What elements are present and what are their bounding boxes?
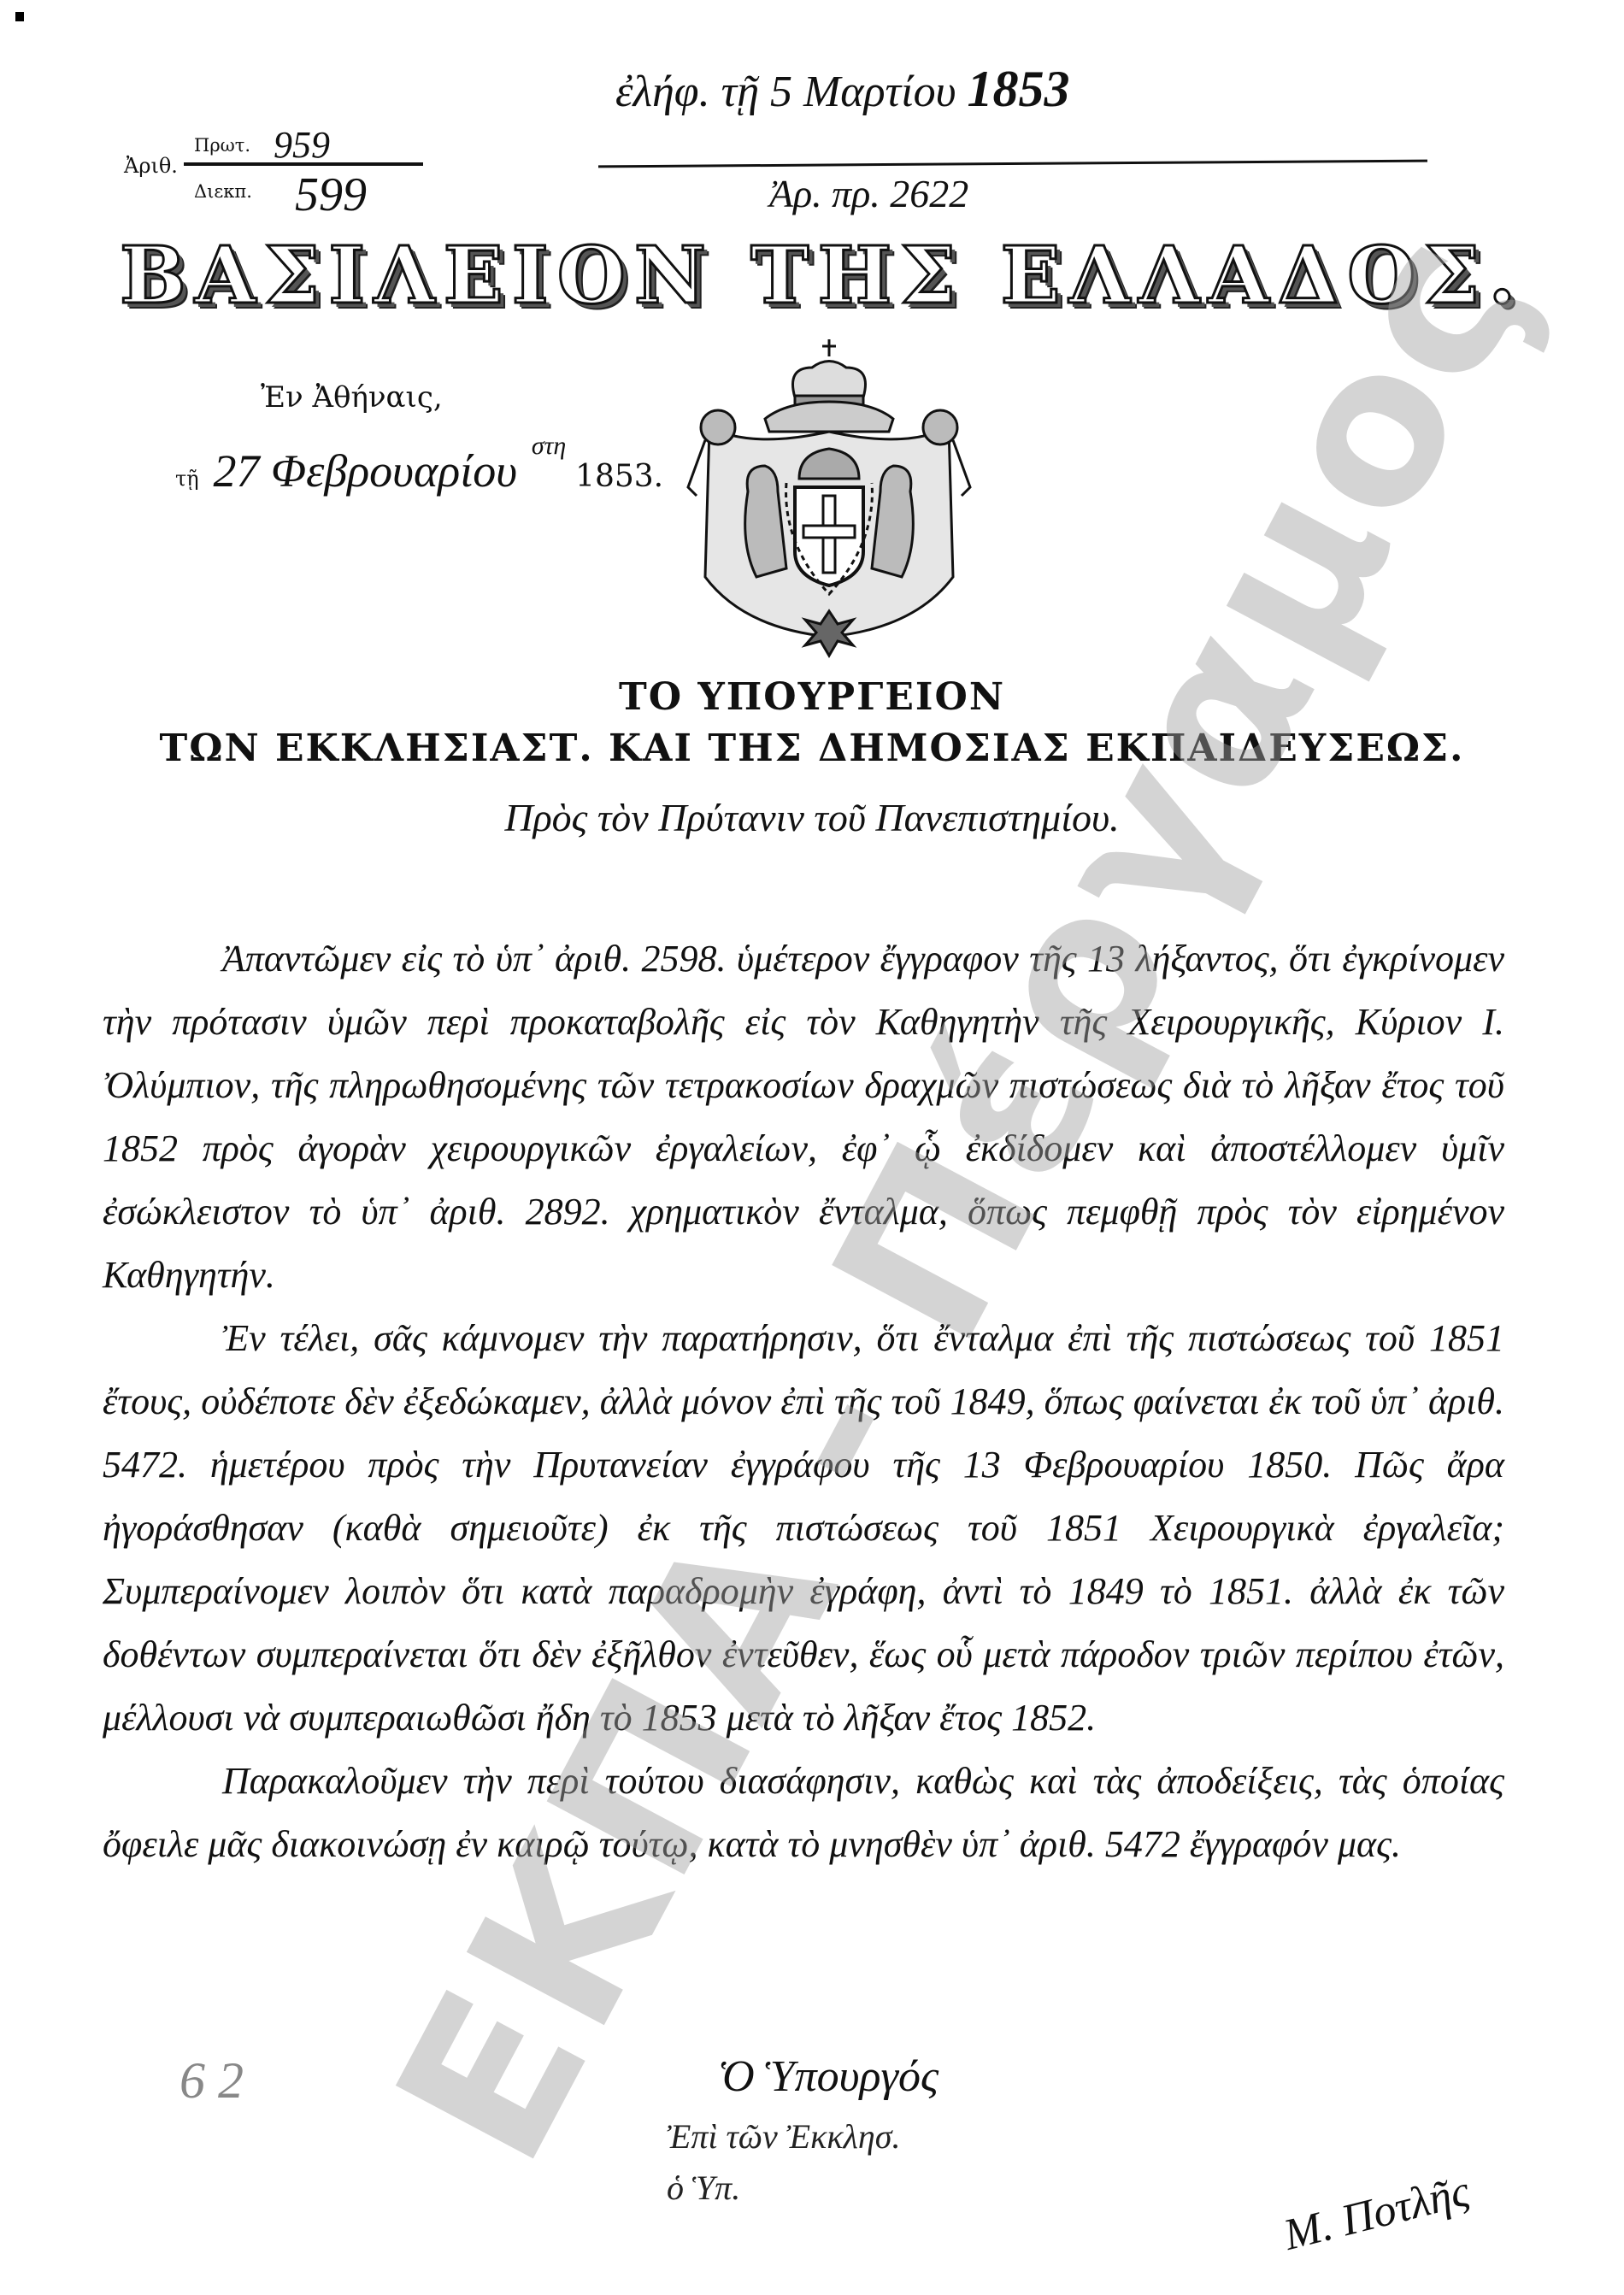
protocol-number: 959: [274, 123, 330, 167]
date-handwritten: 27 Φεβρουαρίου: [213, 445, 517, 497]
date-line: τῇ 27 Φεβρουαρίου στη 1853.: [175, 444, 663, 497]
minister-note: Ἐπὶ τῶν Ἐκκλησ. ὁ Ὑπ.: [667, 2111, 900, 2214]
registration-note-text: ἐλήφ. τῇ 5 Μαρτίου: [615, 68, 956, 116]
closing-title: Ὁ Ὑπουργός: [718, 2051, 939, 2102]
minister-note-line: Ἐπὶ τῶν Ἐκκλησ.: [667, 2111, 900, 2163]
reference-block: Ἀριθ. Πρωτ. 959 Διεκπ. 599: [124, 128, 483, 231]
reference-rule: [184, 162, 423, 166]
ministry-heading-line2: ΤΩΝ ΕΚΚΛΗΣΙΑΣΤ. ΚΑΙ ΤΗΣ ΔΗΜΟΣΙΑΣ ΕΚΠΑΙΔΕ…: [120, 727, 1504, 770]
dispatch-number: 599: [295, 168, 367, 222]
date-prefix: τῇ: [175, 467, 199, 491]
place-line: Ἐν Ἀθήναις,: [261, 380, 443, 415]
margin-note: 6 2: [179, 2051, 244, 2110]
registration-rule: [598, 160, 1427, 168]
protocol-label: Πρωτ.: [194, 135, 250, 156]
dispatch-label: Διεκπ.: [194, 181, 252, 202]
date-year: 1853.: [575, 459, 663, 494]
body-paragraph: Παρακαλοῦμεν τὴν περὶ τούτου διασάφησιν,…: [103, 1750, 1504, 1876]
coat-of-arms-icon: [658, 321, 1000, 662]
body-paragraph: Ἐν τέλει, σᾶς κάμνομεν τὴν παρατήρησιν, …: [103, 1307, 1504, 1750]
registration-note: ἐλήφ. τῇ 5 Μαρτίου 1853: [615, 60, 1069, 119]
registration-year: 1853: [967, 61, 1069, 117]
date-superscript: στη: [532, 432, 566, 460]
scan-corner-mark: [15, 12, 24, 21]
minister-signature: Μ. Ποτλῆς: [1279, 2166, 1474, 2261]
ministry-heading-line1: ΤΟ ΥΠΟΥΡΓΕΙΟΝ: [128, 675, 1496, 719]
minister-note-line: ὁ Ὑπ.: [667, 2163, 900, 2214]
letter-body: Ἀπαντῶμεν εἰς τὸ ὑπ᾽ ἀριθ. 2598. ὑμέτερο…: [103, 927, 1504, 1876]
body-paragraph: Ἀπαντῶμεν εἰς τὸ ὑπ᾽ ἀριθ. 2598. ὑμέτερο…: [103, 927, 1504, 1307]
arith-label: Ἀριθ.: [124, 154, 178, 178]
addressee-line: Πρὸς τὸν Πρύτανιν τοῦ Πανεπιστημίου.: [214, 795, 1410, 840]
kingdom-title: ΒΑΣΙΛΕΙΟΝ ΤΗΣ ΕΛΛΑΔΟΣ.: [120, 229, 1487, 321]
registration-number: Ἀρ. πρ. 2622: [769, 171, 968, 216]
